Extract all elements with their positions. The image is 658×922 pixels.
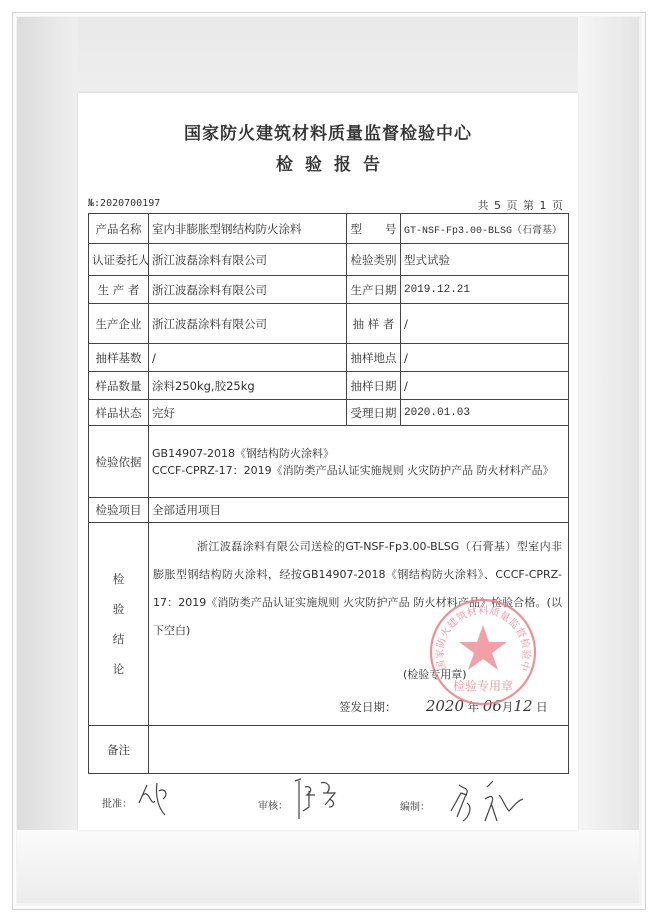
- test-type-value: 型式试验: [401, 244, 569, 276]
- production-date-value: 2019.12.21: [401, 276, 569, 304]
- conclusion-label-char: 论: [113, 661, 125, 677]
- table-row: 抽样基数 / 抽样地点 /: [89, 344, 569, 372]
- compiler-signature: 编制：: [400, 791, 537, 823]
- field-label: 产品名称: [89, 214, 149, 244]
- sampling-location-value: /: [401, 344, 569, 372]
- field-label: 检验类别: [347, 244, 401, 276]
- table-row: 备注: [89, 726, 569, 774]
- reviewer-signature: 审核：: [258, 791, 343, 821]
- field-label: 生 产 者: [89, 276, 149, 304]
- signature-row: 批准： 审核： 编制：: [78, 783, 578, 828]
- approver-signature: 批准：: [102, 791, 175, 817]
- sampling-date-value: /: [401, 372, 569, 400]
- report-number: №:2020700197: [88, 198, 160, 209]
- official-seal-icon: 国家防火建筑材料质量监督检验中心 检验专用章: [428, 597, 538, 707]
- document-title: 国家防火建筑材料质量监督检验中心: [78, 119, 578, 144]
- field-label: 样品状态: [89, 400, 149, 426]
- test-items-value: 全部适用项目: [149, 498, 569, 523]
- sample-status-value: 完好: [149, 400, 347, 426]
- client-value: 浙江波磊涂料有限公司: [149, 244, 347, 276]
- field-label: 抽样地点: [347, 344, 401, 372]
- seal-bottom-text: 检验专用章: [453, 678, 513, 693]
- conclusion-label-char: 验: [113, 601, 125, 617]
- test-basis-line: CCCF-CPRZ-17：2019《消防类产品认证实施规则 火灾防护产品 防火材…: [152, 462, 565, 479]
- product-name-value: 室内非膨胀型钢结构防火涂料: [149, 214, 347, 244]
- report-number-value: 2020700197: [100, 198, 160, 209]
- page-info: 共 5 页 第 1 页: [478, 197, 564, 213]
- compile-label: 编制：: [400, 802, 430, 813]
- field-label: 认证委托人: [89, 244, 149, 276]
- conclusion-label-char: 检: [113, 571, 125, 587]
- handwritten-signature-icon: [135, 777, 175, 817]
- field-label: 抽样基数: [89, 344, 149, 372]
- sampling-base-value: /: [149, 344, 347, 372]
- field-label: 备注: [89, 726, 149, 774]
- table-row: 生产企业 浙江波磊涂料有限公司 抽 样 者 /: [89, 304, 569, 344]
- table-row: 样品数量 涂料250kg,胶25kg 抽样日期 /: [89, 372, 569, 400]
- frame-bevel-right: [578, 17, 639, 903]
- remarks-value: [149, 726, 569, 774]
- conclusion-label-char: 结: [113, 631, 125, 647]
- model-value: GT-NSF-Fp3.00-BLSG（石膏基）: [401, 214, 569, 244]
- sample-quantity-value: 涂料250kg,胶25kg: [149, 372, 347, 400]
- test-basis-line: GB14907-2018《钢结构防火涂料》: [152, 445, 565, 462]
- table-row: 样品状态 完好 受理日期 2020.01.03: [89, 400, 569, 426]
- sampler-value: /: [401, 304, 569, 344]
- manufacturer-value: 浙江波磊涂料有限公司: [149, 304, 347, 344]
- handwritten-signature-icon: [447, 777, 537, 823]
- field-label: 受理日期: [347, 400, 401, 426]
- field-label: 生产日期: [347, 276, 401, 304]
- approve-label: 批准：: [102, 799, 132, 810]
- frame-bevel-left: [17, 17, 78, 903]
- field-label: 抽样日期: [347, 372, 401, 400]
- field-label: 检验依据: [89, 426, 149, 498]
- report-paper: 国家防火建筑材料质量监督检验中心 检验报告 №:2020700197 共 5 页…: [78, 93, 578, 830]
- field-label: 抽 样 者: [347, 304, 401, 344]
- table-row: 检验项目 全部适用项目: [89, 498, 569, 523]
- conclusion-label: 检 验 结 论: [89, 523, 149, 726]
- document-subtitle: 检验报告: [78, 150, 578, 175]
- table-row: 生 产 者 浙江波磊涂料有限公司 生产日期 2019.12.21: [89, 276, 569, 304]
- producer-value: 浙江波磊涂料有限公司: [149, 276, 347, 304]
- table-row: 产品名称 室内非膨胀型钢结构防火涂料 型 号 GT-NSF-Fp3.00-BLS…: [89, 214, 569, 244]
- issue-date-label: 签发日期：: [339, 700, 397, 714]
- table-row: 认证委托人 浙江波磊涂料有限公司 检验类别 型式试验: [89, 244, 569, 276]
- field-label: 生产企业: [89, 304, 149, 344]
- table-row: 检验依据 GB14907-2018《钢结构防火涂料》 CCCF-CPRZ-17：…: [89, 426, 569, 498]
- review-label: 审核：: [258, 801, 288, 812]
- acceptance-date-value: 2020.01.03: [401, 400, 569, 426]
- field-label: 样品数量: [89, 372, 149, 400]
- handwritten-signature-icon: [291, 777, 343, 821]
- test-basis-value: GB14907-2018《钢结构防火涂料》 CCCF-CPRZ-17：2019《…: [149, 426, 569, 498]
- frame-bevel-bottom: [17, 830, 639, 903]
- field-label: 检验项目: [89, 498, 149, 523]
- report-number-label: №:: [88, 198, 100, 209]
- field-label: 型 号: [347, 214, 401, 244]
- frame-bevel-top: [17, 17, 639, 93]
